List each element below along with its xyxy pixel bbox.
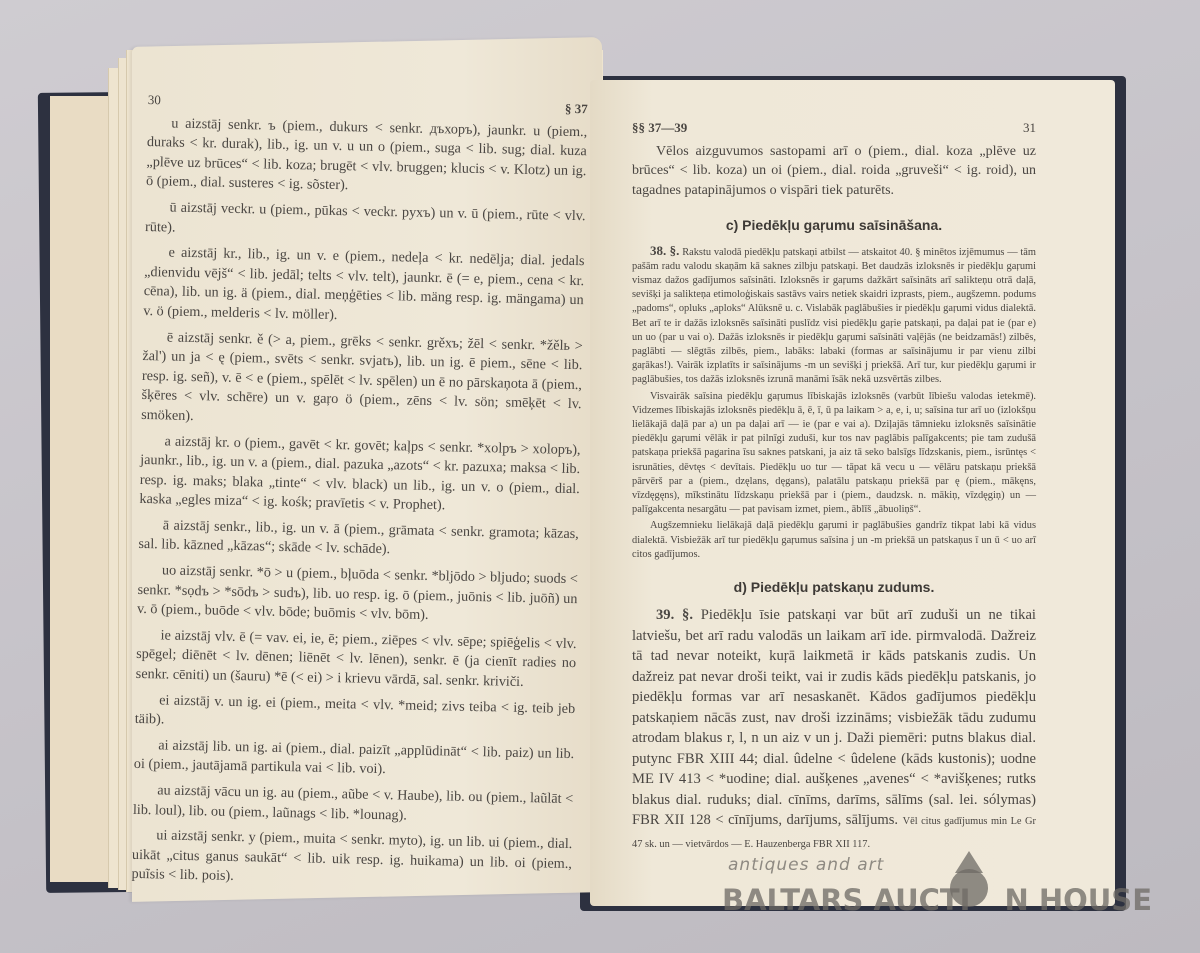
paragraph: ui aizstāj senkr. y (piem., muita < senk…	[131, 826, 572, 894]
paragraph-number: 39. §.	[656, 607, 693, 623]
paragraph: ū aizstāj veckr. u (piem., pūkas < veckr…	[145, 198, 586, 246]
section-range: §§ 37—39	[632, 118, 687, 138]
paragraph: e aizstāj kr., lib., ig. un v. e (piem.,…	[143, 243, 585, 331]
right-page-text: §§ 37—39 31 Vēlos aizguvumos sastopami a…	[632, 118, 1036, 861]
paragraph: ie aizstāj vlv. ē (= vav. ei, ie, ē; pie…	[136, 626, 577, 694]
paragraph: ai aizstāj lib. un ig. ai (piem., dial. …	[134, 736, 575, 784]
paragraph: Visvairāk saīsina piedēkļu gaŗumus lībis…	[632, 390, 1036, 518]
paragraph: ei aizstāj v. un ig. ei (piem., meita < …	[135, 690, 576, 738]
page-number: 30	[148, 90, 161, 110]
paragraph: au aizstāj vācu un ig. au (piem., aũbe <…	[133, 781, 574, 829]
paragraph: u aizstāj senkr. ъ (piem., dukurs < senk…	[146, 114, 588, 202]
right-page-header: §§ 37—39 31	[632, 118, 1036, 138]
paragraph-39: 39. §. Piedēkļu īsie patskaņi var būt ar…	[632, 605, 1036, 855]
watermark-name: BALTARS AUCTIN HOUSE	[722, 883, 1152, 917]
paragraph: ē aizstāj senkr. ě (> a, piem., grēks < …	[141, 327, 583, 434]
paragraph: ā aizstāj senkr., lib., ig. un v. ā (pie…	[138, 516, 579, 564]
section-heading-c: c) Piedēkļu gaŗumu saīsināšana.	[632, 216, 1036, 236]
paragraph: 39. §. Piedēkļu īsie patskaņi var būt ar…	[632, 605, 1036, 855]
paragraph-38: 38. §. Rakstu valodā piedēkļu patskaņi a…	[632, 244, 1036, 562]
paragraph: Augšzemnieku lielākajā daļā piedēkļu gaŗ…	[632, 519, 1036, 562]
paragraph-number: 38. §.	[650, 243, 679, 258]
left-page-text: 30 § 37 u aizstāj senkr. ъ (piem., dukur…	[131, 90, 588, 900]
paragraph: uo aizstāj senkr. *ō > u (piem., bļuōda …	[137, 561, 578, 629]
crown-logo-icon	[950, 869, 988, 907]
watermark-tagline: antiques and art	[728, 855, 884, 875]
page-number: 31	[1023, 118, 1036, 138]
section-heading-d: d) Piedēkļu patskaņu zudums.	[632, 578, 1036, 598]
section-marker: § 37	[565, 99, 588, 119]
intro-paragraph: Vēlos aizguvumos sastopami arī o (piem.,…	[632, 142, 1036, 201]
paragraph: 38. §. Rakstu valodā piedēkļu patskaņi a…	[632, 244, 1036, 388]
paragraph: a aizstāj kr. o (piem., gavēt < kr. govē…	[139, 431, 581, 519]
